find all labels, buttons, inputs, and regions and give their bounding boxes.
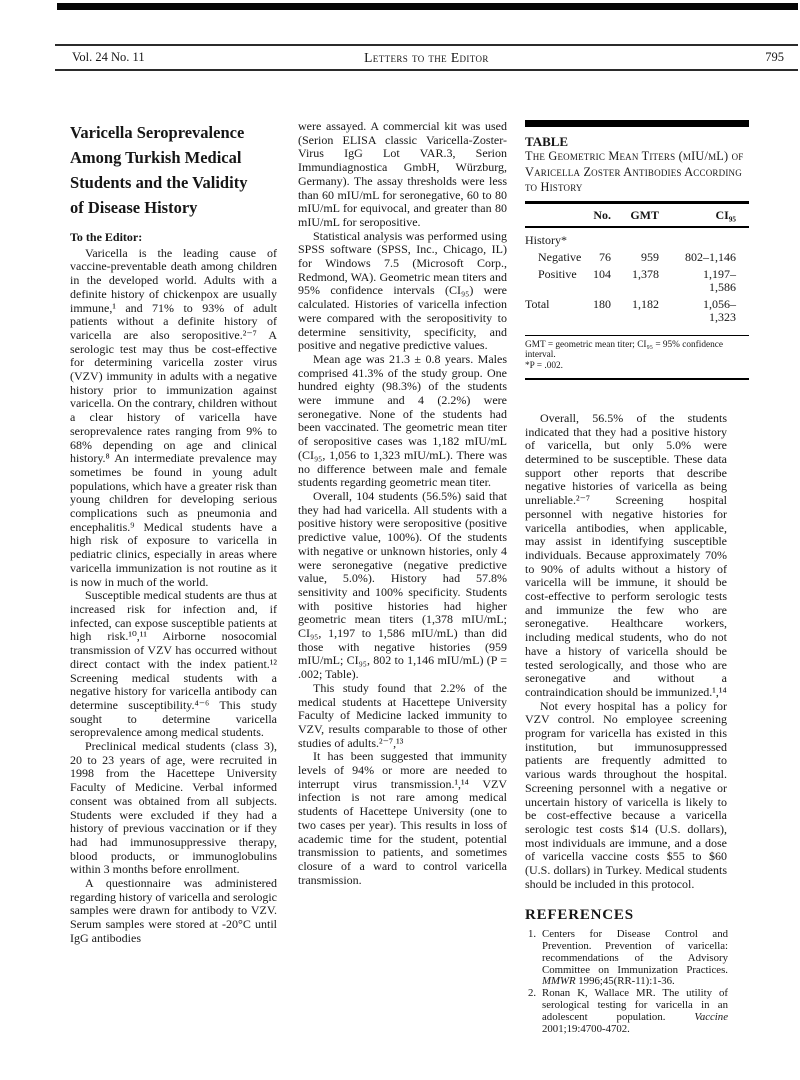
body-paragraph: were assayed. A commercial kit was used … xyxy=(298,120,507,230)
body-paragraph: Overall, 56.5% of the students indicated… xyxy=(525,412,727,700)
data-table: TABLE The Geometric Mean Titers (mIU/mL)… xyxy=(525,120,749,380)
column-3: TABLE The Geometric Mean Titers (mIU/mL)… xyxy=(525,120,728,1035)
journal-name: Vaccine xyxy=(694,1011,728,1023)
running-head: Vol. 24 No. 11 Letters to the Editor 795 xyxy=(55,44,798,71)
section-title: Letters to the Editor xyxy=(55,50,798,66)
body-paragraph: Preclinical medical students (class 3), … xyxy=(70,740,277,877)
body-paragraph: Varicella is the leading cause of vaccin… xyxy=(70,247,277,590)
table-row: Positive 104 1,378 1,197–1,586 xyxy=(525,268,749,294)
journal-name: MMWR xyxy=(542,975,576,987)
table-header-row: No. GMT CI₉₅ xyxy=(525,204,749,226)
table-label: TABLE xyxy=(525,134,749,149)
table-row: Total 180 1,182 1,056–1,323 xyxy=(525,298,749,324)
col-header-gmt: GMT xyxy=(621,209,681,222)
column-2: were assayed. A commercial kit was used … xyxy=(298,120,507,887)
table-row: Negative 76 959 802–1,146 xyxy=(525,251,749,264)
table-top-bar xyxy=(525,120,749,127)
body-paragraph: Not every hospital has a policy for VZV … xyxy=(525,700,727,892)
table-caption: The Geometric Mean Titers (mIU/mL) of Va… xyxy=(525,149,749,196)
column-1: Varicella Seroprevalence Among Turkish M… xyxy=(70,120,277,946)
body-paragraph: It has been suggested that immunity leve… xyxy=(298,750,507,887)
table-footnote: GMT = geometric mean titer; CI₉₅ = 95% c… xyxy=(525,336,749,378)
body-paragraph: Statistical analysis was performed using… xyxy=(298,230,507,353)
body-paragraph: Overall, 104 students (56.5%) said that … xyxy=(298,490,507,682)
col-header-ci95: CI₉₅ xyxy=(681,209,749,222)
journal-page: Vol. 24 No. 11 Letters to the Editor 795… xyxy=(0,0,800,1080)
reference-item: 1. Centers for Disease Control and Preve… xyxy=(525,929,728,988)
body-paragraph: Mean age was 21.3 ± 0.8 years. Males com… xyxy=(298,353,507,490)
table-body: History* Negative 76 959 802–1,146 Posit… xyxy=(525,228,749,335)
reference-number: 2. xyxy=(528,988,536,1000)
scan-artifact-bar xyxy=(57,3,798,10)
article-title: Varicella Seroprevalence Among Turkish M… xyxy=(70,120,277,220)
reference-item: 2. Ronan K, Wallace MR. The utility of s… xyxy=(525,988,728,1035)
table-rule xyxy=(525,378,749,380)
page-number: 795 xyxy=(765,50,798,65)
body-paragraph: Susceptible medical students are thus at… xyxy=(70,589,277,740)
references-heading: REFERENCES xyxy=(525,909,728,923)
col-header-no: No. xyxy=(581,209,621,222)
body-paragraph: This study found that 2.2% of the medica… xyxy=(298,682,507,751)
reference-number: 1. xyxy=(528,929,536,941)
body-paragraph: A questionnaire was administered regardi… xyxy=(70,877,277,946)
table-row: History* xyxy=(525,234,749,247)
salutation: To the Editor: xyxy=(70,231,277,245)
